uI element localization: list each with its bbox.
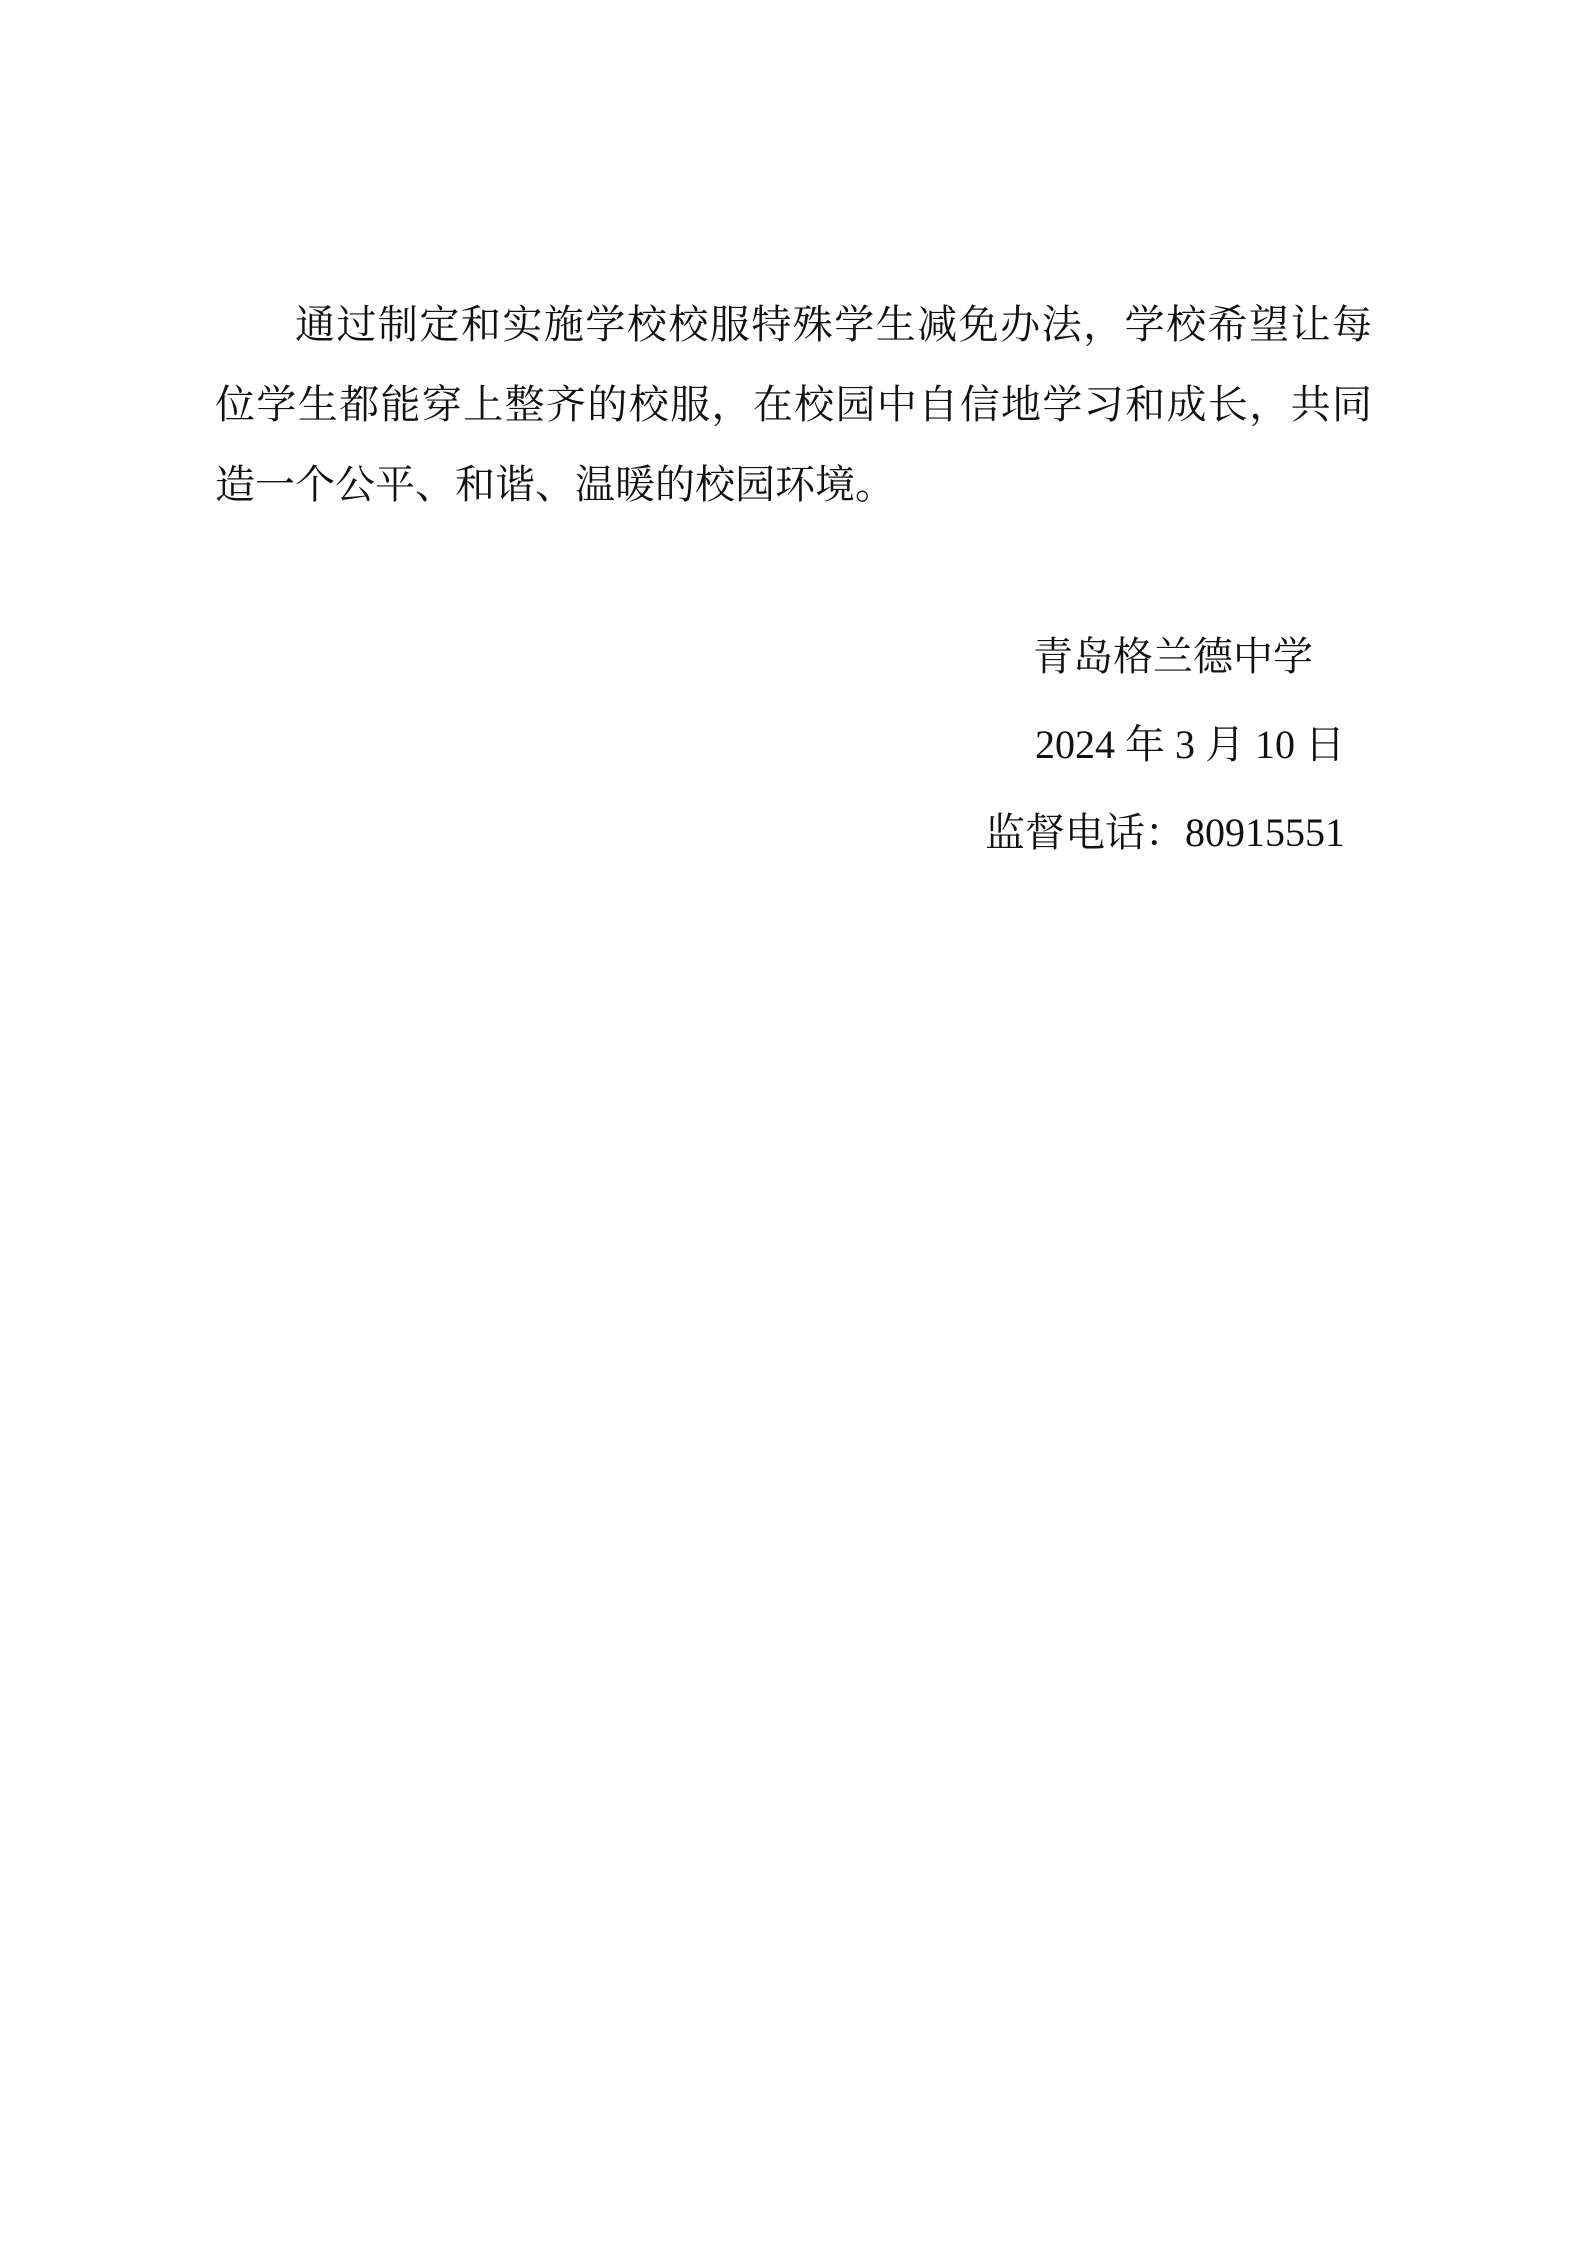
document-date: 2024 年 3 月 10 日 xyxy=(215,701,1345,789)
paragraph-line-2: 位学生都能穿上整齐的校服，在校园中自信地学习和成长，共同营 xyxy=(215,365,1372,445)
signature-block: 青岛格兰德中学 2024 年 3 月 10 日 监督电话：80915551 xyxy=(215,613,1372,877)
paragraph-line-3: 造一个公平、和谐、温暖的校园环境。 xyxy=(215,445,1372,525)
document-page: 通过制定和实施学校校服特殊学生减免办法，学校希望让每一 位学生都能穿上整齐的校服… xyxy=(0,0,1587,2245)
supervision-phone: 监督电话：80915551 xyxy=(215,789,1345,877)
document-body: 通过制定和实施学校校服特殊学生减免办法，学校希望让每一 位学生都能穿上整齐的校服… xyxy=(215,285,1372,877)
paragraph-line-1: 通过制定和实施学校校服特殊学生减免办法，学校希望让每一 xyxy=(215,285,1372,365)
organization-name: 青岛格兰德中学 xyxy=(215,613,1345,701)
